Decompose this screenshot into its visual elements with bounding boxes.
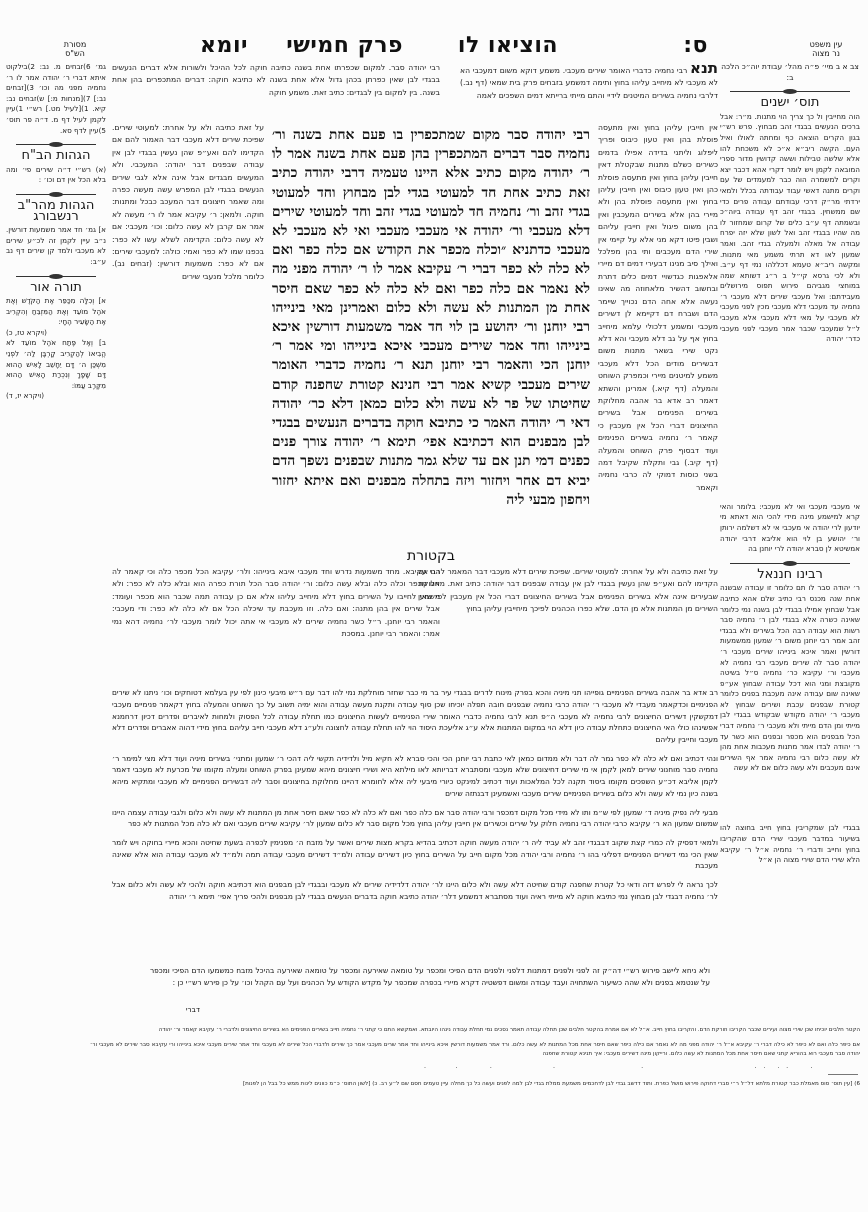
gemara-text: רבי יהודה סבר מקום שמתכפרין בו פעם אחת ב… xyxy=(272,127,590,508)
footnote-1: 6) [עין תוס׳ סוס מאמלת כבר קטורת מלתא דל… xyxy=(379,1081,860,1087)
tosafot-side: אין חייבין עליהן בחוץ ואין מתעסה פוסלת ב… xyxy=(598,122,718,562)
tosafot-text-side: אין חייבין עליהן בחוץ ואין מתעסה פוסלת ב… xyxy=(598,123,718,492)
ein-mishpat-label: עין משפט xyxy=(796,40,856,49)
footnote-rule xyxy=(828,1074,858,1075)
rashi-side: על זאת כתיבה ולא על אחרת: למעוטי שירים. … xyxy=(112,122,264,562)
tosafot-wide-para-2: ונהי דכתיב ואם לא כלה לא כפר גמר לה דבר … xyxy=(112,753,718,799)
ein-mishpat-header: עין משפט נר מצוה xyxy=(796,28,856,58)
footer-commentary: הקטר חלבים יוכיחו שכן שירי מצוה ועירים ש… xyxy=(90,1020,860,1068)
hagahot-habach-text: (א) רש״י ד״ה שירים פי׳ ומה בלא הכל אין ד… xyxy=(6,165,106,186)
masoret-hashas-text: גמ׳ 6)זבחים מ. נב: 2)בילקוט איתא דברי ר׳… xyxy=(6,62,106,136)
tosafot-wide-para-4: ולמאי דפסיק לה כמרי קצת שקוב דבבגדי זהב … xyxy=(112,837,718,872)
rabbenu-chananel-text-continued: בבגדי לבן שמקריבין בחוץ חייב בחוצה להו ב… xyxy=(720,823,860,865)
footnote-2: כ) [לשון התוס׳ כ״מ כוונים לינות ממש כל ב… xyxy=(243,1081,377,1087)
torah-or-title: תורה אור xyxy=(6,283,106,294)
torah-or-source-2: (ויקרא יז, ד) xyxy=(6,391,106,402)
tosafot-top: תנא רבי נחמיה כדברי האומר שירים מעכבי. מ… xyxy=(460,62,718,120)
tosafot-wide-para-1: רב אדא בר אהבה בשירים הפנימיים גופייהו ת… xyxy=(112,687,718,745)
hagahot-maharav-title: הגהות מהר"ב רנשבורג xyxy=(6,201,106,222)
page-catchword: דברי xyxy=(160,1004,200,1016)
section-divider xyxy=(16,276,96,277)
torah-or-source-1: (ויקרא טז, כ) xyxy=(6,328,106,339)
masoret-header: מסורת הש"ס xyxy=(50,28,100,58)
chapter-name: הוציאו לו xyxy=(458,33,558,58)
right-margin-column: צב א ב מיי׳ פ״ה מהל׳ עבודת יוה״כ הלכה ב:… xyxy=(720,62,860,962)
section-divider xyxy=(730,563,850,564)
section-divider xyxy=(730,91,850,92)
section-divider xyxy=(16,144,96,145)
tosafot-wide-block: רב אדא בר אהבה בשירים הפנימיים גופייהו ת… xyxy=(112,680,718,970)
chapter-number: פרק חמישי xyxy=(286,33,403,58)
tosafot-yeshanim-text: הוה מחייבין ול כך צריך הוי מתנות. מ״ר: א… xyxy=(720,112,860,502)
tosafot-text-top: רבי נחמיה כדברי האומר שירים מעכבי. משמע … xyxy=(460,66,718,100)
rashi-text-side2: רבי עקיבא. מחד משמעות נדרש וחד מעכבי איב… xyxy=(112,567,440,638)
tosafot-wide-para-5: לכך נראה לי לפרש דזה ודאי כל קטרת שחפנה … xyxy=(112,879,718,902)
folio-number: ס: xyxy=(683,33,708,58)
rashi-continuation-left: רבי עקיבא. מחד משמעות נדרש וחד מעכבי איב… xyxy=(112,566,440,676)
ein-mishpat-entry: צב א ב מיי׳ פ״ה מהל׳ עבודת יוה״כ הלכה ב: xyxy=(720,62,860,83)
rashi-top: רבי יהודה סבר. למקום שכפרתו אחת בשנה כתי… xyxy=(112,62,440,120)
ner-mitzvah-label: נר מצוה xyxy=(796,49,856,58)
rashi-text-side: על זאת כתיבה ולא על אחרת: למעוטי שירים. … xyxy=(112,123,264,281)
hagahot-habach-title: הגהות הב"ח xyxy=(6,151,106,162)
rabbenu-chananel-text: ר׳ יהודה סבר לו תם כלומר זו עבודה שבשנה … xyxy=(720,583,860,823)
hashas-label: הש"ס xyxy=(50,49,100,58)
tractate-name: יומא xyxy=(200,33,248,58)
tosafot-dibur-hamatchil: תנא xyxy=(690,62,718,77)
torah-or-verse-2: ב] וְאֶל פֶּתַח אֹהֶל מוֹעֵד לֹא הֱבִיאו… xyxy=(6,338,106,391)
tosafot-wide-para-3: מבעי ליה נפיק מיניה ד׳ שמעון לפי ש״מ ותו… xyxy=(112,807,718,830)
left-margin-column: גמ׳ 6)זבחים מ. נב: 2)בילקוט איתא דברי ר׳… xyxy=(6,62,106,522)
hagahot-maharav-text: א] גמ׳ חד אמר משמעות דורשין. נ״ב עיין לק… xyxy=(6,225,106,267)
folio-header: ס: xyxy=(683,28,708,58)
tosafot-text-side2: על זאת כתיבה ולא על אחרת: למעוטי שירים. … xyxy=(418,567,718,613)
footnotes: 6) [עין תוס׳ סוס מאמלת כבר קטורת מלתא דל… xyxy=(90,1080,860,1094)
rashi-text-top: רבי יהודה סבר. למקום שכפרתו אחת בשנה כתי… xyxy=(112,63,440,97)
footer-line-2: אם כיפר כלה ואם לא כיפר לא כילה דברי ר׳ … xyxy=(90,1041,860,1060)
footer-line-3: קודם שחיטתו הפר לא עשה כלום (כמאן) דלא כ… xyxy=(90,1066,860,1068)
tosafot-closing-text: ולא ניחא ליישב פירוש רש״י דה״ק זה לפני ו… xyxy=(150,965,710,988)
tosafot-yeshanim-text-continued: אי מעכבי מעכבי ואי לא מעכבי: בלומר והאי … xyxy=(720,502,860,555)
rashi-center-catchword: בקטורת xyxy=(272,548,590,564)
rabbenu-chananel-title: רבינו חננאל xyxy=(720,570,860,581)
section-divider xyxy=(16,194,96,195)
footer-line-1: הקטר חלבים יוכיחו שכן שירי מצוה ועירים ש… xyxy=(90,1026,860,1036)
tosafot-continuation-right: על זאת כתיבה ולא על אחרת: למעוטי שירים. … xyxy=(418,566,718,676)
masoret-label: מסורת xyxy=(50,40,100,49)
tosafot-yeshanim-title: תוס׳ ישנים xyxy=(720,98,860,109)
chapter-name-header: הוציאו לו xyxy=(458,28,558,58)
tractate-header: יומא xyxy=(200,28,248,58)
tosafot-closing: ולא ניחא ליישב פירוש רש״י דה״ק זה לפני ו… xyxy=(150,958,710,1004)
chapter-number-header: פרק חמישי xyxy=(286,28,403,58)
torah-or-verse-1: א] וְכִלָּה מִכַּפֵּר אֶת הַקֹּדֶשׁ וְאֶ… xyxy=(6,296,106,328)
gemara-main-text: רבי יהודה סבר מקום שמתכפרין בו פעם אחת ב… xyxy=(272,126,590,546)
